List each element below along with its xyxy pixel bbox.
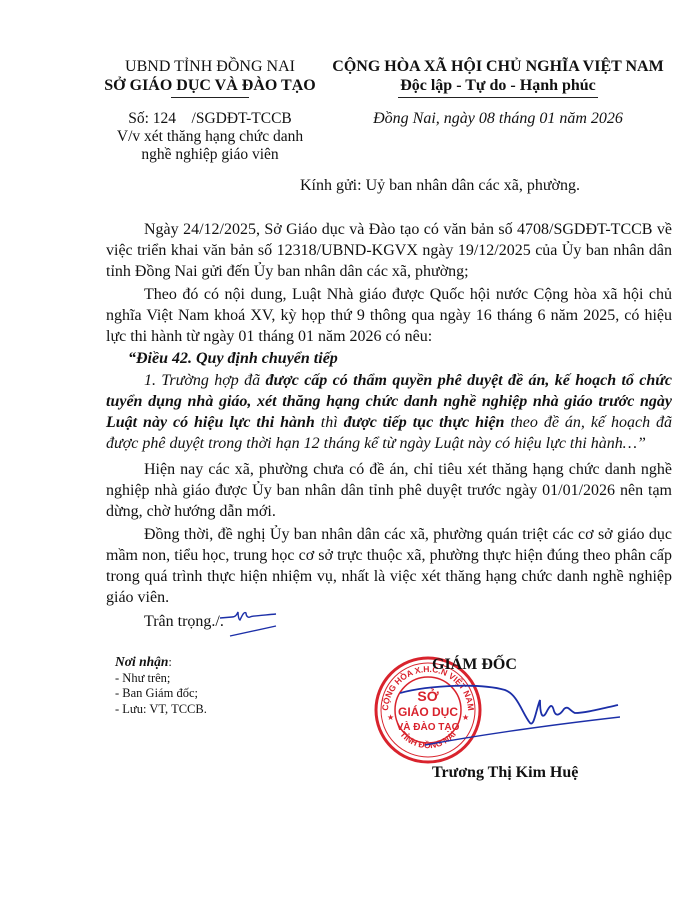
recipients-title: Nơi nhận [115, 654, 168, 669]
recipient-item: - Như trên; [115, 671, 207, 687]
national-header: CỘNG HÒA XÃ HỘI CHỦ NGHĨA VIỆT NAM Độc l… [318, 57, 678, 128]
document-reference: Số: 124 /SGDĐT-TCCB V/v xét thăng hạng c… [95, 110, 325, 164]
issuer-department: SỞ GIÁO DỤC VÀ ĐÀO TẠO [95, 76, 325, 95]
subject-line-1: V/v xét thăng hạng chức danh [95, 128, 325, 146]
recipients-colon: : [168, 655, 171, 669]
quote-part-4: được tiếp tục thực hiện [344, 414, 505, 431]
svg-text:★: ★ [387, 713, 394, 722]
salutation: Kính gửi: Uỷ ban nhân dân các xã, phường… [300, 177, 580, 195]
paragraph-6: Đồng thời, đề nghị Ủy ban nhân dân các x… [106, 524, 672, 608]
paragraph-5-text: Hiện nay các xã, phường chưa có đề án, c… [106, 459, 672, 522]
handwritten-signature-icon [400, 665, 620, 750]
article-title: “Điều 42. Quy định chuyển tiếp [106, 348, 672, 369]
paragraph-1-text: Ngày 24/12/2025, Sở Giáo dục và Đào tạo … [106, 219, 672, 282]
national-motto: Độc lập - Tự do - Hạnh phúc [318, 76, 678, 95]
signer-name: Trương Thị Kim Huệ [432, 764, 578, 782]
paragraph-2: Theo đó có nội dung, Luật Nhà giáo được … [106, 284, 672, 347]
paragraph-1: Ngày 24/12/2025, Sở Giáo dục và Đào tạo … [106, 219, 672, 282]
place-date: Đồng Nai, ngày 08 tháng 01 năm 2026 [318, 110, 678, 128]
quote-part-1: 1. Trường hợp đã [144, 372, 266, 389]
initials-signature-icon [218, 608, 278, 640]
closing: Trân trọng./. [144, 613, 224, 631]
paragraph-5: Hiện nay các xã, phường chưa có đề án, c… [106, 459, 672, 522]
issuer-underline [171, 97, 249, 98]
national-title: CỘNG HÒA XÃ HỘI CHỦ NGHĨA VIỆT NAM [318, 57, 678, 76]
document-number: Số: 124 /SGDĐT-TCCB [95, 110, 325, 128]
recipients-block: Nơi nhận: - Như trên; - Ban Giám đốc; - … [115, 654, 207, 717]
motto-underline [398, 97, 598, 98]
quote-part-3: thì [315, 414, 344, 431]
recipient-item: - Ban Giám đốc; [115, 686, 207, 702]
issuer-authority: UBND TỈNH ĐỒNG NAI [95, 57, 325, 76]
article-quote: 1. Trường hợp đã được cấp có thẩm quyền … [106, 370, 672, 454]
issuer-header: UBND TỈNH ĐỒNG NAI SỞ GIÁO DỤC VÀ ĐÀO TẠ… [95, 57, 325, 164]
subject-line-2: nghề nghiệp giáo viên [95, 146, 325, 164]
paragraph-2-text: Theo đó có nội dung, Luật Nhà giáo được … [106, 284, 672, 347]
recipient-item: - Lưu: VT, TCCB. [115, 702, 207, 718]
article-title-text: “Điều 42. Quy định chuyển tiếp [106, 348, 672, 369]
paragraph-6-text: Đồng thời, đề nghị Ủy ban nhân dân các x… [106, 524, 672, 608]
